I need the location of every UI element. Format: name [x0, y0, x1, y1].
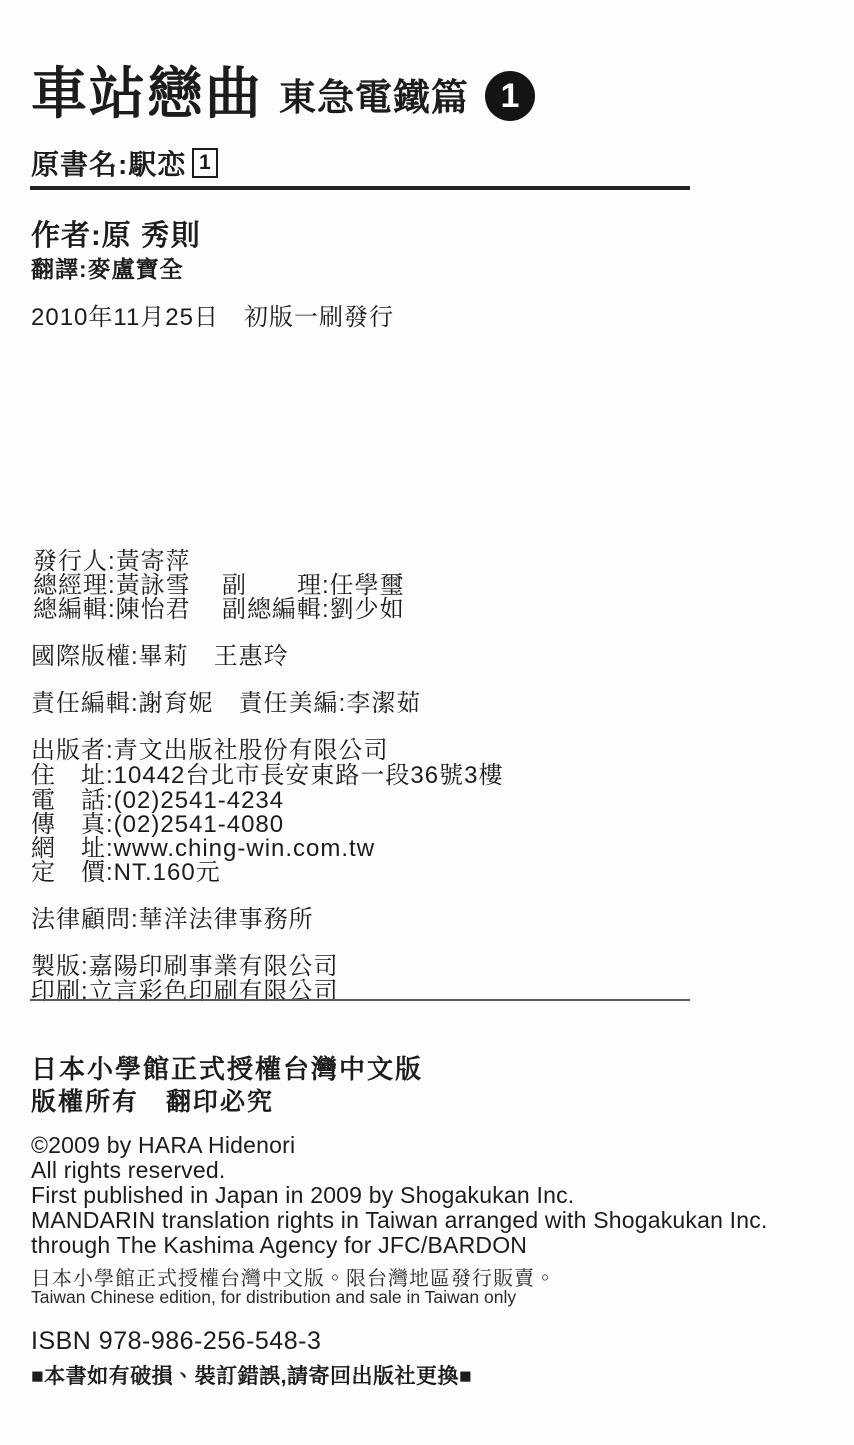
- original-volume-box: 1: [192, 148, 218, 178]
- region-note-en: Taiwan Chinese edition, for distribution…: [31, 1287, 516, 1308]
- book-subtitle: 東急電鐵篇: [279, 73, 469, 116]
- copyright-reserved-line: 版權所有 翻印必究: [31, 1082, 274, 1118]
- copyright-en-line: All rights reserved.: [31, 1157, 225, 1184]
- editors-line: 責任編輯:謝育妮 責任美編:李潔茹: [31, 683, 421, 718]
- author-line: 作者:原 秀則: [31, 213, 201, 254]
- legal-advisor-line: 法律顧問:華洋法律事務所: [31, 899, 314, 934]
- divider-heavy: [30, 186, 690, 190]
- divider-light: [30, 999, 690, 1001]
- book-title-row: 車站戀曲 東急電鐵篇 1: [31, 66, 535, 122]
- original-title-label: 原書名:駅恋: [31, 143, 186, 183]
- international-rights-line: 國際版權:畢莉 王惠玲: [31, 636, 289, 671]
- license-statement-line: 日本小學館正式授權台灣中文版: [31, 1049, 423, 1086]
- staff-editor-in-chief: 總編輯:陳怡君: [33, 589, 191, 624]
- copyright-en-line: ©2009 by HARA Hidenori: [31, 1132, 295, 1159]
- copyright-en-line: First published in Japan in 2009 by Shog…: [31, 1182, 574, 1209]
- return-notice-line: ■本書如有破損、裝訂錯誤,請寄回出版社更換■: [31, 1360, 472, 1390]
- isbn-line: ISBN 978-986-256-548-3: [31, 1327, 321, 1356]
- translator-line: 翻譯:麥盧寶全: [31, 251, 184, 284]
- copyright-en-line: MANDARIN translation rights in Taiwan ar…: [31, 1207, 768, 1234]
- staff-deputy-editor: 副總編輯:劉少如: [222, 589, 405, 624]
- edition-date-line: 2010年11月25日 初版一刷發行: [31, 297, 394, 332]
- copyright-en-line: through The Kashima Agency for JFC/BARDO…: [31, 1232, 527, 1259]
- price-line: 定 價:NT.160元: [31, 852, 221, 887]
- colophon-page: 車站戀曲 東急電鐵篇 1 原書名:駅恋 1 作者:原 秀則 翻譯:麥盧寶全 20…: [0, 0, 854, 1445]
- volume-number-badge: 1: [485, 71, 535, 121]
- book-title: 車站戀曲: [31, 66, 263, 122]
- original-title-line: 原書名:駅恋 1: [31, 143, 218, 183]
